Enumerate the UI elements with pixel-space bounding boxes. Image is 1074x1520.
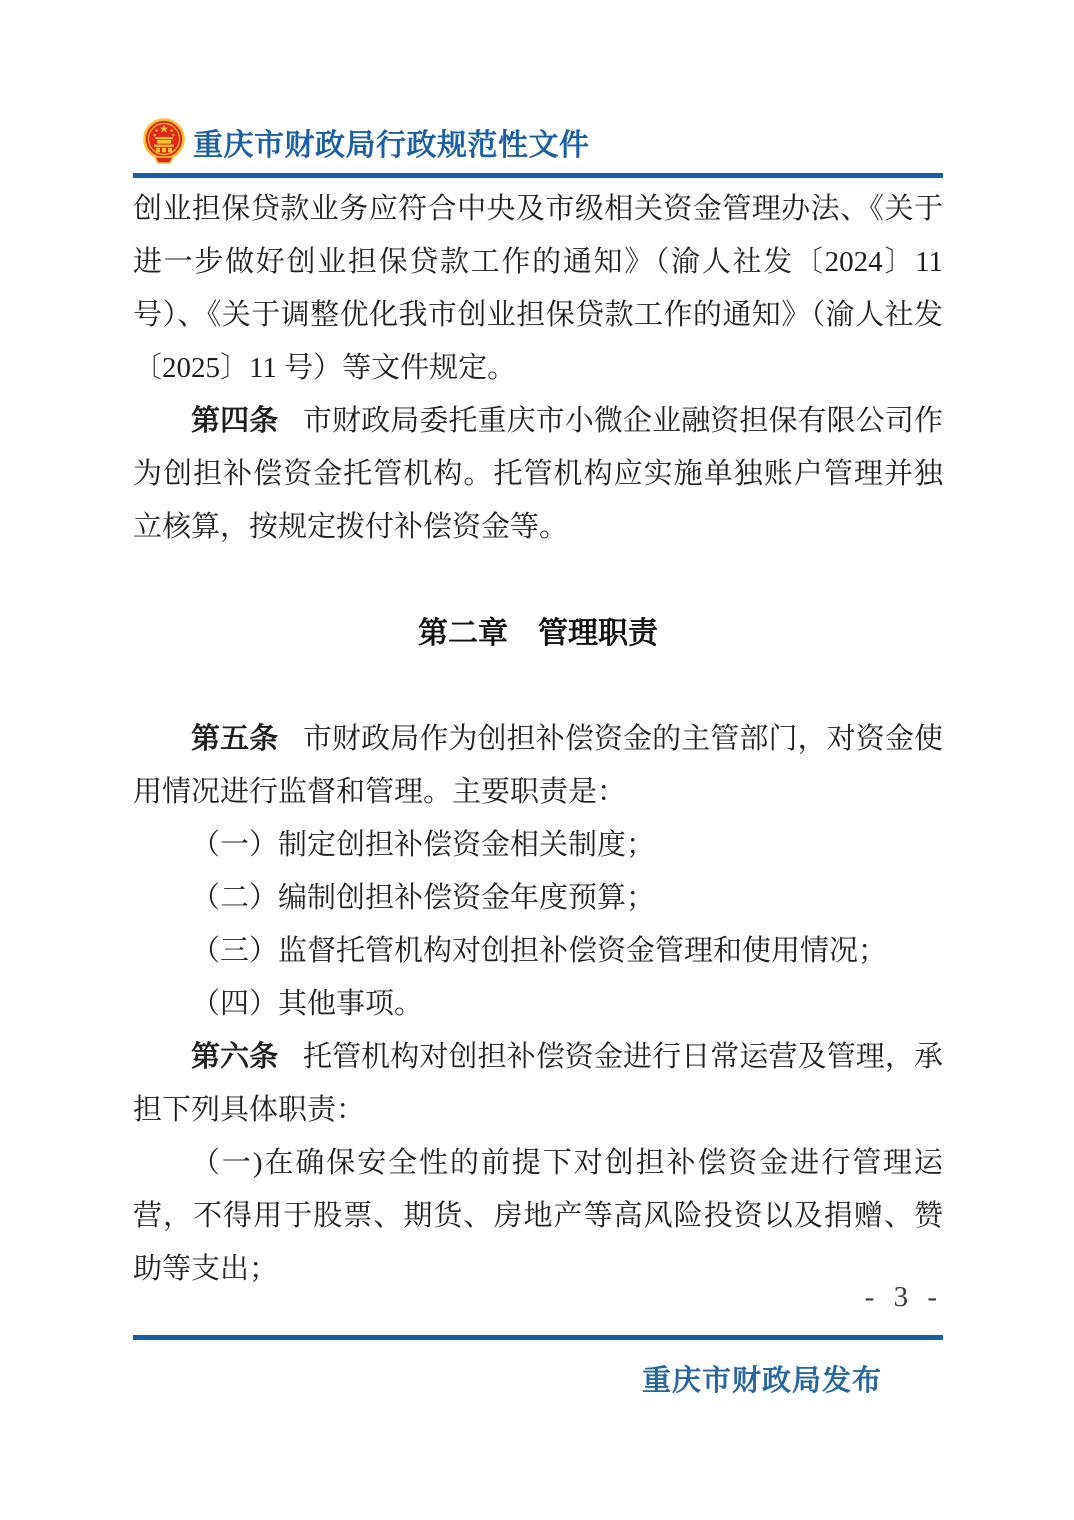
article-number-label: 第五条 xyxy=(191,723,278,755)
paragraph-continuation: 创业担保贷款业务应符合中央及市级相关资金管理办法、《关于进一步做好创业担保贷款工… xyxy=(133,183,943,395)
list-item-1: （一）制定创担补偿资金相关制度； xyxy=(133,819,943,872)
page-number: - 3 - xyxy=(865,1281,943,1314)
paragraph-article-6: 第六条托管机构对创担补偿资金进行日常运营及管理，承担下列具体职责： xyxy=(133,1031,943,1137)
article-number-label: 第四条 xyxy=(191,405,278,437)
list-item-4: （四）其他事项。 xyxy=(133,978,943,1031)
article-number-label: 第六条 xyxy=(191,1041,278,1073)
paragraph-text: 创业担保贷款业务应符合中央及市级相关资金管理办法、《关于进一步做好创业担保贷款工… xyxy=(133,193,943,384)
paragraph-article-6-item-1: （一)在确保安全性的前提下对创担补偿资金进行管理运营，不得用于股票、期货、房地产… xyxy=(133,1137,943,1296)
list-item-2: （二）编制创担补偿资金年度预算； xyxy=(133,872,943,925)
paragraph-article-5: 第五条市财政局作为创担补偿资金的主管部门，对资金使用情况进行监督和管理。主要职责… xyxy=(133,713,943,819)
chapter-heading: 第二章 管理职责 xyxy=(133,607,943,660)
paragraph-text: （一)在确保安全性的前提下对创担补偿资金进行管理运营，不得用于股票、期货、房地产… xyxy=(133,1147,943,1285)
footer-divider xyxy=(133,1335,943,1340)
document-page: 重庆市财政局行政规范性文件 创业担保贷款业务应符合中央及市级相关资金管理办法、《… xyxy=(0,0,1074,1520)
document-type-title: 重庆市财政局行政规范性文件 xyxy=(193,120,590,164)
paragraph-article-4: 第四条市财政局委托重庆市小微企业融资担保有限公司作为创担补偿资金托管机构。托管机… xyxy=(133,395,943,554)
national-emblem-icon xyxy=(142,118,186,166)
header-divider xyxy=(133,173,943,178)
list-item-3: （三）监督托管机构对创担补偿资金管理和使用情况； xyxy=(133,925,943,978)
publisher-label: 重庆市财政局发布 xyxy=(642,1358,882,1399)
document-body: 创业担保贷款业务应符合中央及市级相关资金管理办法、《关于进一步做好创业担保贷款工… xyxy=(133,183,943,1296)
document-header: 重庆市财政局行政规范性文件 xyxy=(142,118,590,166)
